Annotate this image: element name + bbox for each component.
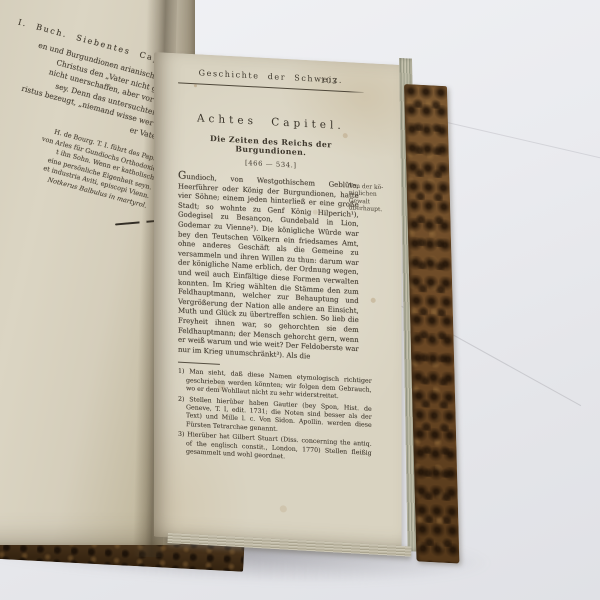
running-header-row: Geschichte der Schweiz. 103 — [178, 67, 364, 89]
right-page-content: Geschichte der Schweiz. 103 Achtes Capit… — [154, 52, 402, 550]
foxing-spots — [194, 84, 197, 87]
margin-note: Von der kö- niglichen Gewalt überhaupt. — [349, 182, 386, 214]
photo-backdrop: I. Buch. Siebentes Capitel. en und Burgu… — [0, 0, 600, 600]
footnote-separator — [178, 362, 220, 365]
backdrop-scratch — [430, 118, 600, 162]
right-page: Geschichte der Schweiz. 103 Achtes Capit… — [154, 52, 402, 550]
chapter-heading: Achtes Capitel. — [178, 111, 364, 133]
body-text: Gundioch, von Westgothischem Geblüte, He… — [178, 171, 359, 364]
body-block: Gundioch, von Westgothischem Geblüte, He… — [178, 171, 388, 366]
page-number: 103 — [320, 76, 337, 86]
